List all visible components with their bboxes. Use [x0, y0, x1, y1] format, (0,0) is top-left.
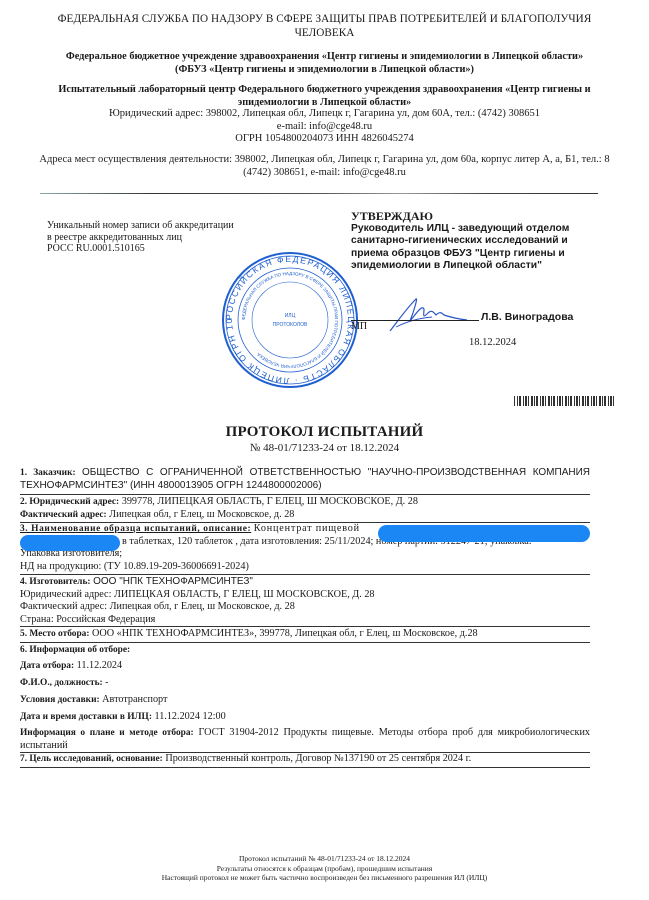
footer-protocol-ref: Протокол испытаний № 48-01/71233-24 от 1…: [0, 854, 649, 864]
redaction-mark: [378, 525, 590, 542]
sampling-date-value: 11.12.2024: [77, 660, 122, 671]
delivery-conditions-value: Автотранспорт: [102, 694, 167, 705]
section-sampling-place: 5. Место отбора: ООО «НПК ТЕХНОФАРМСИНТЕ…: [20, 628, 590, 641]
section-sampling-info: 6. Информация об отборе:: [20, 644, 590, 657]
lab-heading: Испытательный лабораторный центр Федерал…: [0, 83, 649, 109]
accreditation-line-1: Уникальный номер записи об аккредитации: [47, 220, 234, 232]
section-manufacturer: 4. Изготовитель: ООО "НПК ТЕХНОФАРМСИНТЕ…: [20, 576, 590, 626]
approval-date: 18.12.2024: [469, 337, 516, 348]
delivery-conditions-row: Условия доставки: Автотранспорт: [20, 694, 590, 707]
seal-label: МП: [351, 321, 367, 332]
manufacturer-legal-address: Юридический адрес: ЛИПЕЦКАЯ ОБЛАСТЬ, Г Е…: [20, 589, 590, 602]
sampling-date-label: Дата отбора:: [20, 661, 74, 671]
sampling-info-label: 6. Информация об отборе:: [20, 644, 590, 657]
approval-block: УТВЕРЖДАЮ Руководитель ИЛЦ - заведующий …: [351, 210, 576, 273]
legal-address: Юридический адрес: 398002, Липецкая обл,…: [0, 108, 649, 121]
lab-contacts: Юридический адрес: 398002, Липецкая обл,…: [0, 108, 649, 146]
divider: [20, 642, 590, 643]
protocol-number: № 48-01/71233-24 от 18.12.2024: [0, 442, 649, 454]
accreditation-number: РОСС RU.0001.510165: [47, 243, 234, 255]
sampler-row: Ф.И.О., должность: -: [20, 677, 590, 690]
footer-results-note: Результаты относятся к образцам (пробам)…: [0, 864, 649, 874]
sample-value-start: Концентрат пищевой: [254, 523, 360, 534]
sample-nd: НД на продукцию: (ТУ 10.89.19-209-360066…: [20, 561, 590, 574]
purpose-label: 7. Цель исследований, основание:: [20, 754, 163, 764]
accreditation-block: Уникальный номер записи об аккредитации …: [47, 220, 234, 255]
accreditation-line-2: в реестре аккредитованных лиц: [47, 232, 234, 244]
delivery-conditions-label: Условия доставки:: [20, 695, 100, 705]
delivery-datetime-row: Дата и время доставки в ИЛЦ: 11.12.2024 …: [20, 711, 590, 724]
approver-position: Руководитель ИЛЦ - заведующий отделом са…: [351, 223, 576, 273]
legal-address-label: 2. Юридический адрес:: [20, 497, 119, 507]
page-footer: Протокол испытаний № 48-01/71233-24 от 1…: [0, 854, 649, 883]
sampling-date-row: Дата отбора: 11.12.2024: [20, 660, 590, 673]
divider: [20, 574, 590, 575]
sampling-place-label: 5. Место отбора:: [20, 629, 90, 639]
svg-text:ПРОТОКОЛОВ: ПРОТОКОЛОВ: [273, 322, 308, 328]
divider: [20, 494, 590, 495]
ogrn-inn: ОГРН 1054800204073 ИНН 4826045274: [0, 133, 649, 146]
svg-text:ФЕДЕРАЛЬНАЯ СЛУЖБА ПО НАДЗОРУ: ФЕДЕРАЛЬНАЯ СЛУЖБА ПО НАДЗОРУ В СФЕРЕ ЗА…: [241, 271, 339, 369]
sampling-method-row: Информация о плане и методе отбора: ГОСТ…: [20, 727, 590, 752]
agency-heading: ФЕДЕРАЛЬНАЯ СЛУЖБА ПО НАДЗОРУ В СФЕРЕ ЗА…: [0, 12, 649, 40]
divider: [20, 626, 590, 627]
footer-copy-notice: Настоящий протокол не может быть частичн…: [0, 873, 649, 883]
section-purpose: 7. Цель исследований, основание: Произво…: [20, 753, 590, 766]
manufacturer-value: ООО "НПК ТЕХНОФАРМСИНТЕЗ": [93, 576, 253, 587]
purpose-value: Производственный контроль, Договор №1371…: [165, 753, 471, 764]
actual-address-value: Липецкая обл, г Елец, ш Московское, д. 2…: [109, 509, 294, 520]
sample-label: 3. Наименование образца испытаний, описа…: [20, 524, 251, 534]
sampler-value: -: [105, 678, 108, 688]
official-stamp-icon: РОССИЙСКАЯ ФЕДЕРАЦИЯ ЛИПЕЦКАЯ ОБЛАСТЬ · …: [220, 250, 360, 390]
sampling-method-label: Информация о плане и методе отбора:: [20, 728, 194, 738]
approval-title: УТВЕРЖДАЮ: [351, 210, 576, 223]
delivery-datetime-value: 11.12.2024 12:00: [154, 711, 225, 722]
customer-label: 1. Заказчик:: [20, 468, 76, 478]
signature-line: [351, 320, 479, 321]
section-customer: 1. Заказчик: ОБЩЕСТВО С ОГРАНИЧЕННОЙ ОТВ…: [20, 467, 590, 492]
svg-text:ИЛЦ: ИЛЦ: [285, 313, 296, 319]
activity-address: Адреса мест осуществления деятельности: …: [0, 153, 649, 179]
institution-name: Федеральное бюджетное учреждение здравоо…: [0, 50, 649, 63]
delivery-datetime-label: Дата и время доставки в ИЛЦ:: [20, 712, 152, 722]
institution-heading: Федеральное бюджетное учреждение здравоо…: [0, 50, 649, 76]
institution-short-name: (ФБУЗ «Центр гигиены и эпидемиологии в Л…: [0, 63, 649, 76]
manufacturer-actual-address: Фактический адрес: Липецкая обл, г Елец,…: [20, 601, 590, 614]
sampling-place-value: ООО «НПК ТЕХНОФАРМСИНТЕЗ», 399778, Липец…: [92, 628, 478, 639]
signature-icon: [388, 291, 468, 336]
legal-address-value: 399778, ЛИПЕЦКАЯ ОБЛАСТЬ, Г ЕЛЕЦ, Ш МОСК…: [122, 496, 418, 507]
redaction-mark: [20, 535, 120, 551]
manufacturer-country: Страна: Российская Федерация: [20, 614, 590, 627]
actual-address-label: Фактический адрес:: [20, 510, 107, 520]
section-legal-address: 2. Юридический адрес: 399778, ЛИПЕЦКАЯ О…: [20, 496, 590, 521]
customer-value: ОБЩЕСТВО С ОГРАНИЧЕННОЙ ОТВЕТСТВЕННОСТЬЮ…: [20, 467, 590, 491]
divider: [20, 767, 590, 768]
signer-name: Л.В. Виноградова: [481, 311, 573, 323]
manufacturer-label: 4. Изготовитель:: [20, 577, 91, 587]
protocol-title: ПРОТОКОЛ ИСПЫТАНИЙ: [0, 424, 649, 441]
header-divider: [40, 193, 598, 194]
barcode-icon: [514, 396, 614, 406]
sampler-label: Ф.И.О., должность:: [20, 678, 103, 688]
email: e-mail: info@cge48.ru: [0, 121, 649, 134]
